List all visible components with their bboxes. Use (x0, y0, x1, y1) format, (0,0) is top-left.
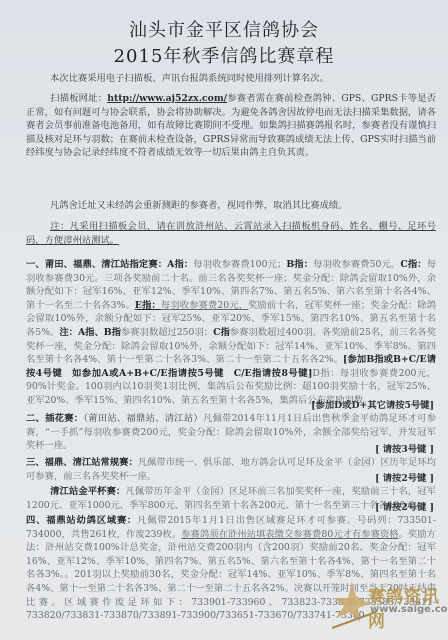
a-label: A指： (167, 259, 193, 270)
e-label: E指： (135, 300, 161, 311)
e-text-underlined: 每羽收参赛费20元， (161, 300, 248, 311)
b-label: B指： (286, 259, 313, 270)
intro-text: 本次比赛采用电子扫描板、声讯台报鸽系统同时使用排列计算名次。 (50, 73, 329, 84)
intro-paragraph: 本次比赛采用电子扫描板、声讯台报鸽系统同时使用排列计算名次。 (26, 72, 436, 86)
document-subtitle: 2015年秋季信鸽比赛章程 (0, 42, 448, 68)
section3-key: [ 请按2号键 ] (375, 470, 434, 484)
relocation-text: 凡鸽舍迁址又未经鸽会重新测距的参赛者，视同作弊，取消其比赛成绩。 (50, 200, 348, 211)
section4-heading: 四、福鼎站幼鸽区域赛： (26, 515, 137, 526)
regulation-document: 汕头市金平区信鸽协会 2015年秋季信鸽比赛章程 本次比赛采用电子扫描板、声讯台… (0, 0, 448, 640)
section4-underlined: 参赛鸽须在浒州站填表缴交参赛费80元才有参赛资格 (181, 529, 398, 540)
scanner-paragraph: 扫描板网址：http://www.aj52zx.com/参赛者需在赛前检查鸽钟、… (26, 92, 436, 160)
a-text: 每羽收参赛费100元； (193, 259, 286, 270)
section3-heading: 三、福鼎、清江站常规赛： (26, 457, 138, 468)
section1-heading: 一、莆田、福鼎、清江站指定赛： (26, 259, 167, 270)
b-text: 每羽收参赛费50元。 (313, 259, 400, 270)
watermark-logo: 赛鸽资讯网 www.saige.com (330, 578, 448, 640)
note-text: 注：凡采用扫描板会员，请在训放浒州站、云霄站录入扫描板机身码、姓名、棚号、足环号… (26, 221, 436, 246)
scanner-label: 扫描板网址： (50, 93, 107, 104)
note-paragraph: 注：凡采用扫描板会员，请在训放浒州站、云霄站录入扫描板机身码、姓名、棚号、足环号… (26, 220, 436, 247)
section1-note-label: 注：A指、B指 (59, 327, 121, 338)
section2-heading: 二、插花赛： (26, 413, 83, 424)
section1-paragraph: 一、莆田、福鼎、清江站指定赛：A指：每羽收参赛费100元；B指：每羽收参赛费50… (26, 258, 436, 408)
scanner-url-link[interactable]: http://www.aj52zx.com/ (107, 93, 227, 104)
document-title: 汕头市金平区信鸽协会 (0, 16, 448, 42)
section1-d-keys: [参加D或D+其它请按5号键] (311, 397, 434, 411)
cup-key: [ 请按2号键 ] (375, 499, 434, 513)
c-label: C指： (400, 259, 426, 270)
section1-note-text: 参赛羽数超过250羽； (121, 327, 213, 338)
cup-heading: 清江站金平杯赛： (50, 486, 125, 497)
d-label: D指： (312, 368, 340, 379)
section2-key: [ 请按3号键 ] (375, 441, 434, 455)
section2-stations: （莆田站、福鼎站、清江站） (83, 413, 203, 424)
watermark-url: www.saige.com (370, 604, 448, 615)
section1-note-c: C指 (213, 327, 230, 338)
relocation-paragraph: 凡鸽舍迁址又未经鸽会重新测距的参赛者，视同作弊，取消其比赛成绩。 (26, 199, 436, 213)
